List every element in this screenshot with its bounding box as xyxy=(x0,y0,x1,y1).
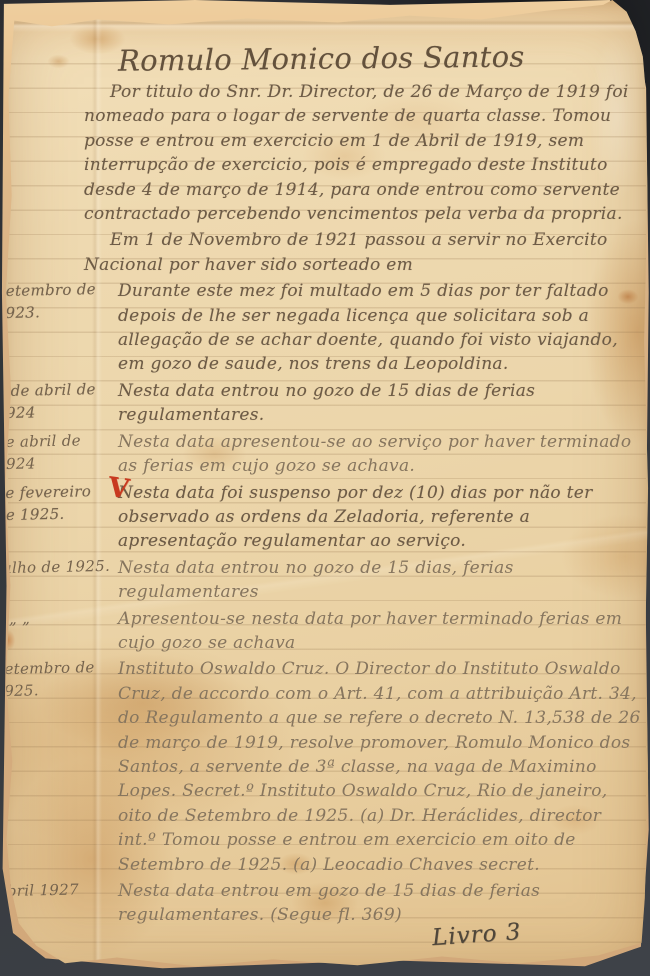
photo-backdrop: Romulo Monico dos Santos Por titulo do S… xyxy=(0,0,650,976)
entry-text: Nesta data apresentou-se ao serviço por … xyxy=(118,430,644,479)
record-entry: Setembro de 1923. Durante este mez foi m… xyxy=(10,279,644,377)
entry-margin-date: de abril de 1924 xyxy=(0,428,112,479)
entry-text: Apresentou-se nesta data por haver termi… xyxy=(118,607,644,656)
entry-text: Nesta data entrou no gozo de 15 dias de … xyxy=(118,379,644,428)
entry-margin-date: Setembro de 1925. xyxy=(0,656,114,878)
entry-text: VNesta data foi suspenso por dez (10) di… xyxy=(118,481,644,554)
entry-margin-date: „ „ „ xyxy=(0,605,112,656)
handwritten-content: Romulo Monico dos Santos Por titulo do S… xyxy=(10,34,644,930)
entry-text: Durante este mez foi multado em 5 dias p… xyxy=(118,279,644,377)
record-entry: Em 1 de Novembro de 1921 passou a servir… xyxy=(10,228,644,277)
record-entry: Abril 1927 Nesta data entrou em gozo de … xyxy=(10,879,644,928)
book-number-note: Livro 3 xyxy=(431,919,522,951)
record-entry: de abril de 1924 Nesta data apresentou-s… xyxy=(10,430,644,479)
entry-text: Nesta data entrou no gozo de 15 dias, fe… xyxy=(118,556,644,605)
record-entry: Por titulo do Snr. Dr. Director, de 26 d… xyxy=(10,80,644,226)
entry-margin-date: 2 de abril de 1924 xyxy=(0,378,112,429)
entry-margin-date: Julho de 1925. xyxy=(0,555,112,606)
record-entry: Setembro de 1925. Instituto Oswaldo Cruz… xyxy=(10,657,644,877)
page-title: Romulo Monico dos Santos xyxy=(118,35,644,81)
entry-text: Nesta data entrou em gozo de 15 dias de … xyxy=(118,879,644,928)
record-entry: de fevereiro de 1925. VNesta data foi su… xyxy=(10,481,644,554)
entry-margin-date: de fevereiro de 1925. xyxy=(0,479,113,555)
entry-text: Instituto Oswaldo Cruz. O Director do In… xyxy=(118,657,644,877)
record-entry: Julho de 1925. Nesta data entrou no gozo… xyxy=(10,556,644,605)
record-entry: 2 de abril de 1924 Nesta data entrou no … xyxy=(10,379,644,428)
entries: Por titulo do Snr. Dr. Director, de 26 d… xyxy=(10,80,644,928)
red-check-mark: V xyxy=(106,473,131,503)
entry-text: Em 1 de Novembro de 1921 passou a servir… xyxy=(10,228,644,277)
record-entry: „ „ „ Apresentou-se nesta data por haver… xyxy=(10,607,644,656)
entry-margin-date: Setembro de 1923. xyxy=(0,278,113,378)
entry-text: Por titulo do Snr. Dr. Director, de 26 d… xyxy=(10,80,644,226)
manuscript-page: Romulo Monico dos Santos Por titulo do S… xyxy=(0,0,650,976)
